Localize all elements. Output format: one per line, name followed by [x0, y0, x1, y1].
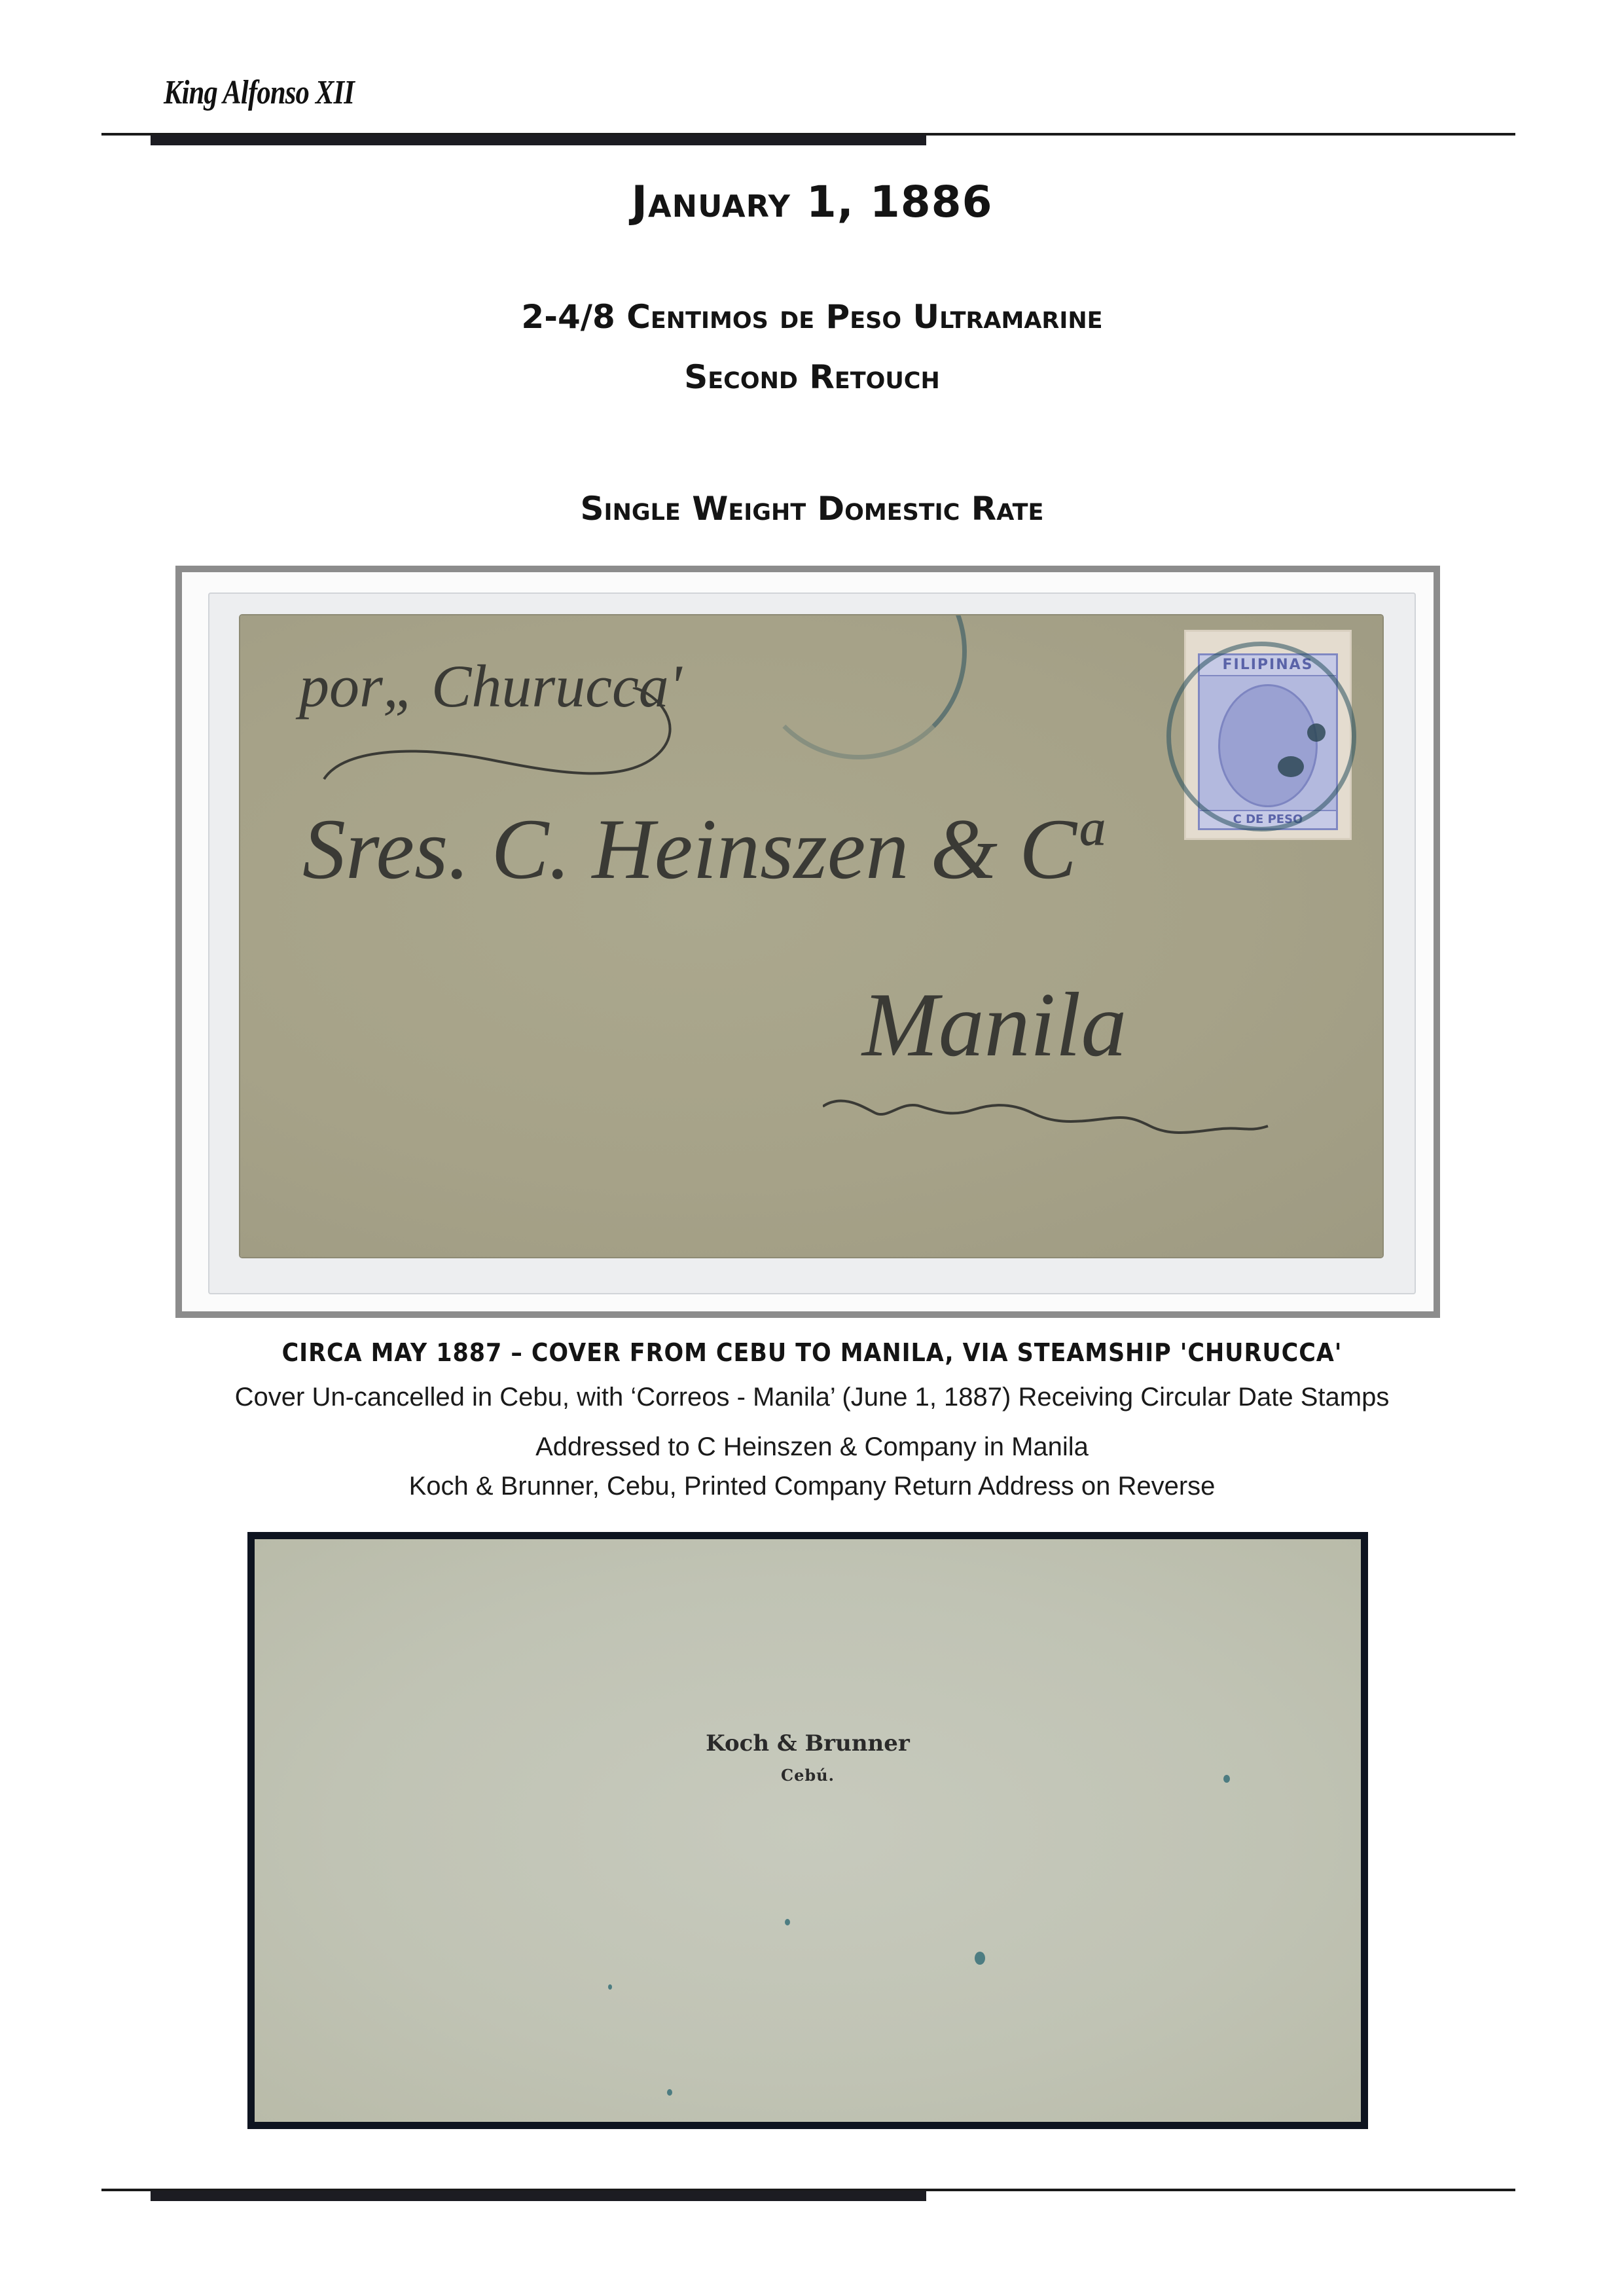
- ink-spot: [1223, 1775, 1230, 1783]
- cover-caption-heading: CIRCA MAY 1887 – COVER FROM CEBU TO MANI…: [65, 1338, 1559, 1367]
- cancel-ink-blot: [1278, 756, 1304, 777]
- cancel-ink-blot: [1307, 723, 1326, 742]
- footer-rule-thick: [151, 2191, 926, 2201]
- city-underline-wave: [823, 1087, 1320, 1146]
- ink-spot: [785, 1919, 790, 1925]
- ink-spot: [608, 1984, 612, 1990]
- return-address-city: Cebú.: [255, 1766, 1361, 1785]
- cover-reverse-envelope: Koch & Brunner Cebú.: [247, 1532, 1368, 2129]
- manila-cds-cancel-stamp: [1166, 642, 1356, 831]
- cover-front-envelope: por„ Churucca' Sres. C. Heinszen & Cª Ma…: [240, 615, 1382, 1257]
- issue-date-heading: January 1, 1886: [0, 177, 1624, 227]
- retouch-heading: Second Retouch: [0, 358, 1624, 396]
- destination-city: Manila: [862, 972, 1127, 1078]
- caption-line-cancellation: Cover Un-cancelled in Cebu, with ‘Correo…: [0, 1383, 1624, 1412]
- caption-line-addressee: Addressed to C Heinszen & Company in Man…: [0, 1432, 1624, 1462]
- rate-heading: Single Weight Domestic Rate: [0, 490, 1624, 528]
- ink-spot: [667, 2089, 672, 2096]
- return-address-company: Koch & Brunner: [255, 1730, 1361, 1757]
- header-rule-thick: [151, 135, 926, 145]
- caption-line-return-address: Koch & Brunner, Cebu, Printed Company Re…: [0, 1472, 1624, 1501]
- stamp-issue-heading: 2-4/8 Centimos de Peso Ultramarine: [0, 298, 1624, 336]
- manila-cds-cancel-left: [751, 615, 967, 759]
- ink-spot: [975, 1952, 985, 1965]
- page-header-title: King Alfonso XII: [164, 73, 354, 112]
- flourish-underline: [319, 687, 685, 786]
- addressee-line: Sres. C. Heinszen & Cª: [302, 799, 1101, 899]
